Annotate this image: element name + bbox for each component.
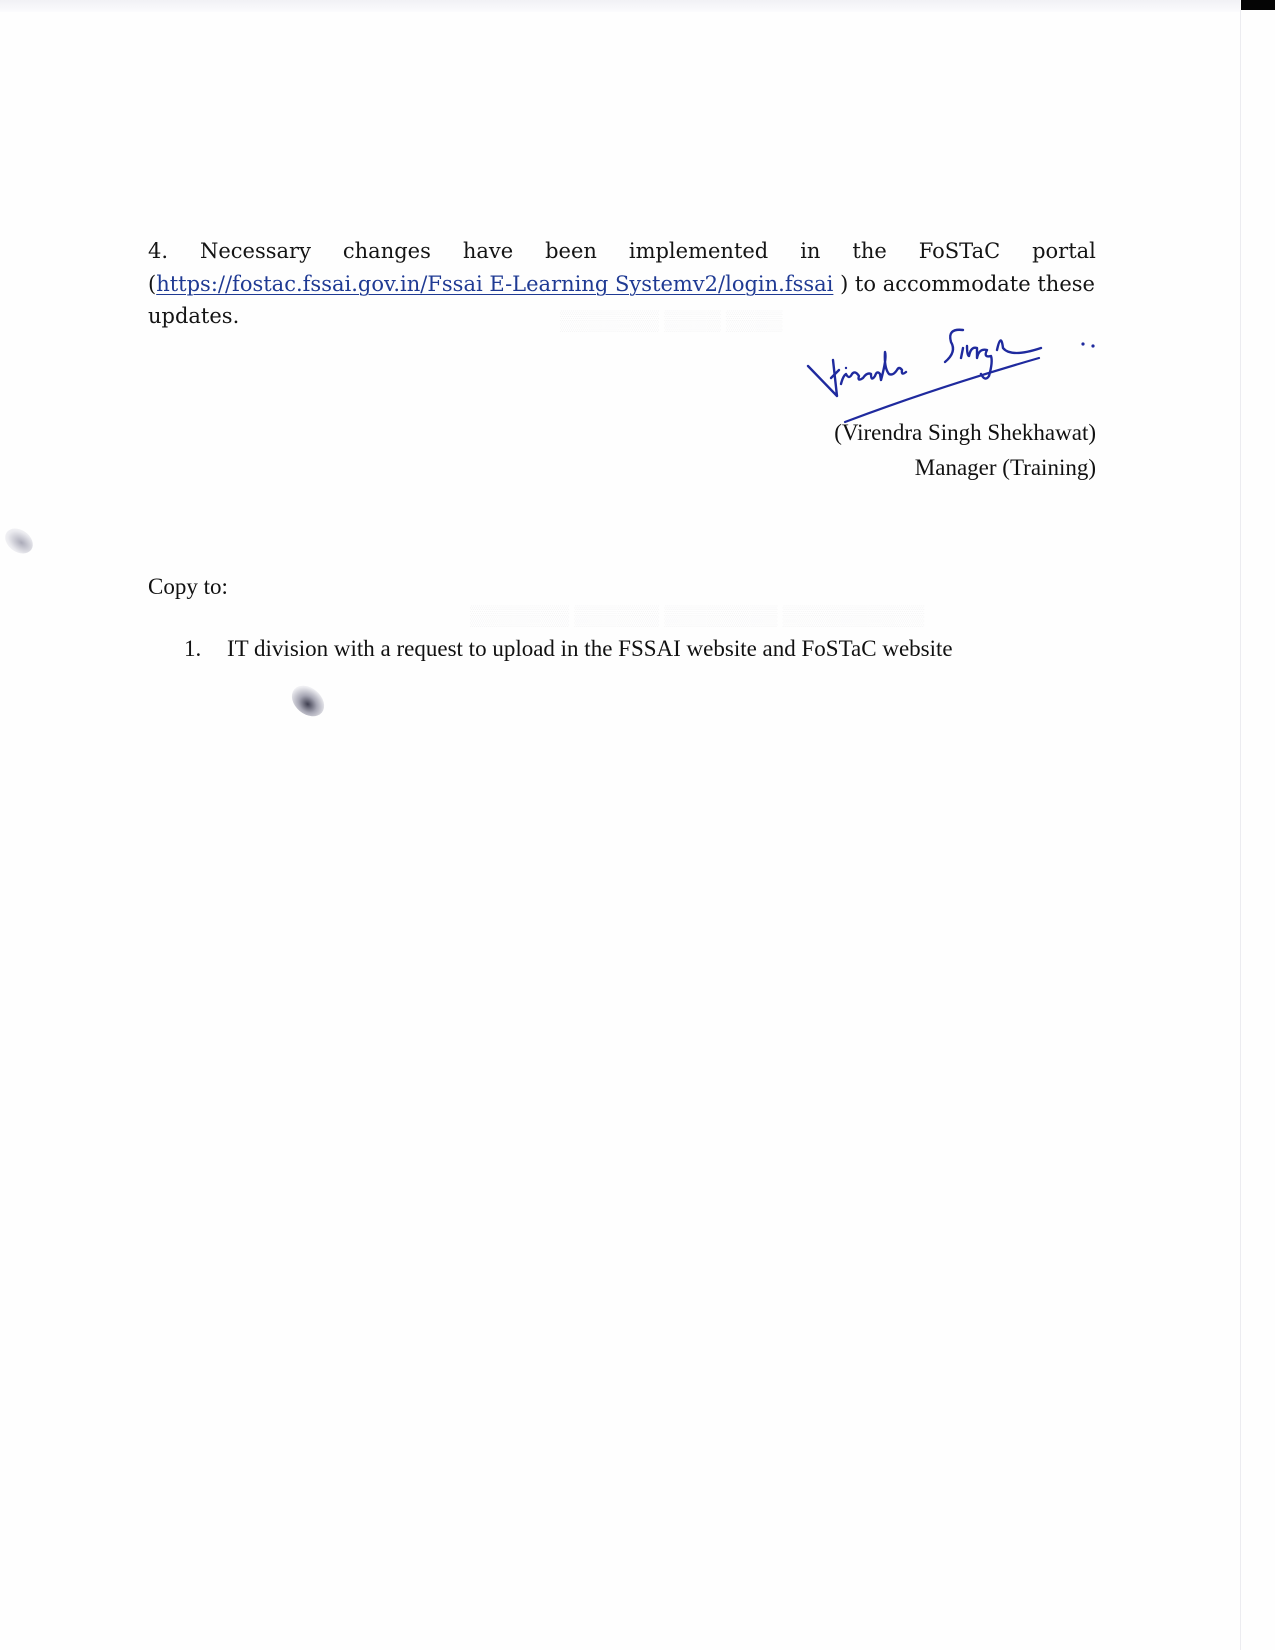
copy-to-heading: Copy to: xyxy=(148,574,228,600)
copy-to-item-number: 1. xyxy=(184,636,227,662)
scan-edge-line xyxy=(1240,10,1241,1650)
copy-to-item: 1. IT division with a request to upload … xyxy=(184,636,953,662)
word: in xyxy=(800,235,820,268)
word: have xyxy=(463,235,513,268)
ink-smudge xyxy=(0,523,37,558)
ink-smudge xyxy=(286,679,330,722)
link-trailing-text: ) to accommodate these xyxy=(833,272,1095,296)
copy-to-item-text: IT division with a request to upload in … xyxy=(227,636,953,662)
word: the xyxy=(852,235,886,268)
word: been xyxy=(545,235,597,268)
signatory-title: Manager (Training) xyxy=(915,455,1096,481)
scan-artifact-band xyxy=(0,0,1240,12)
word: FoSTaC xyxy=(919,235,1000,268)
word: changes xyxy=(343,235,431,268)
fostac-portal-link[interactable]: https://fostac.fssai.gov.in/Fssai E-Lear… xyxy=(156,272,833,296)
document-page: ▒▒▒▒▒▒▒ ▒▒▒▒ ▒▒▒▒ ▒▒▒▒▒▒▒ ▒▒▒▒▒▒ ▒▒▒▒▒▒▒… xyxy=(0,0,1275,1650)
scan-black-corner xyxy=(1241,0,1275,10)
signatory-name: (Virendra Singh Shekhawat) xyxy=(834,420,1096,446)
show-through-text: ▒▒▒▒▒▒▒ ▒▒▒▒▒▒ ▒▒▒▒▒▒▒▒ ▒▒▒▒▒▒▒▒▒▒ xyxy=(470,605,924,628)
word: portal xyxy=(1032,235,1096,268)
paragraph-4-line-2: (https://fostac.fssai.gov.in/Fssai E-Lea… xyxy=(148,268,1096,301)
word: implemented xyxy=(629,235,768,268)
word: Necessary xyxy=(200,235,311,268)
copy-to-list: 1. IT division with a request to upload … xyxy=(184,636,953,662)
paragraph-number: 4. xyxy=(148,235,168,268)
handwritten-signature xyxy=(805,318,1105,428)
paragraph-4-line-1: 4. Necessary changes have been implement… xyxy=(148,235,1096,268)
open-paren: ( xyxy=(148,272,156,296)
